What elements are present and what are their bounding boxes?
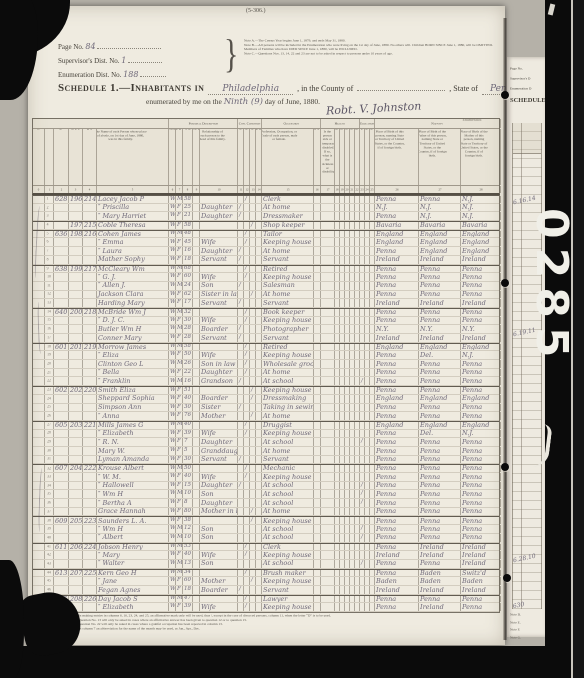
dwelling-number: 198 bbox=[69, 231, 83, 238]
house-number bbox=[54, 508, 69, 516]
relationship-cell: Mother in law bbox=[200, 508, 238, 516]
street-cell bbox=[33, 196, 45, 203]
column-number: 2 bbox=[54, 186, 69, 193]
birthplace-father: Penna bbox=[419, 196, 461, 203]
birthplace-mother: Penna bbox=[461, 490, 501, 498]
name-cell: ″ Wm H bbox=[97, 490, 169, 498]
sickness-cell bbox=[321, 473, 335, 481]
birthplace-mother: Ireland bbox=[461, 299, 501, 307]
occupation-cell: Keeping house bbox=[262, 317, 314, 325]
column-header bbox=[45, 129, 54, 185]
name-cell: Krouse Albert bbox=[97, 465, 169, 472]
color-cell: W bbox=[169, 560, 176, 568]
name-cell: Lyman Amanda bbox=[97, 456, 169, 464]
sickness-cell bbox=[321, 412, 335, 420]
family-number bbox=[83, 438, 97, 446]
age-cell: 39 bbox=[183, 430, 193, 438]
sex-cell: F bbox=[176, 473, 183, 481]
relationship-cell: Mother bbox=[200, 577, 238, 585]
name-cell: Mary W. bbox=[97, 447, 169, 455]
table-body: 1628196214Lacey Jacob PWM58/ClerkPennaPe… bbox=[32, 195, 500, 613]
table-row: 45″ JaneWF60Mother/Keeping houseBadenBad… bbox=[33, 577, 499, 586]
column-caption: Families numbered in order of visitation… bbox=[86, 129, 92, 130]
birthplace-father: Penna bbox=[419, 447, 461, 455]
age-cell: 60 bbox=[183, 273, 193, 281]
sex-cell: M bbox=[176, 309, 183, 316]
table-row: 11″ Allen J.WM24Son/SalesmanPennaPennaPe… bbox=[33, 282, 499, 291]
house-number: 613 bbox=[54, 570, 69, 577]
birthplace-mother: Ireland bbox=[461, 256, 501, 264]
house-number bbox=[54, 238, 69, 246]
birthplace-father: Penna bbox=[419, 369, 461, 377]
sex-cell: F bbox=[176, 247, 183, 255]
occupation-cell: At home bbox=[262, 291, 314, 299]
birthplace-father: Del. bbox=[419, 351, 461, 359]
page-no-value: 84 bbox=[85, 42, 95, 51]
column-caption: Is the person sick or temporarily disabl… bbox=[322, 129, 332, 174]
column-number: 4 bbox=[83, 186, 97, 193]
birth-month-cell bbox=[193, 508, 200, 516]
age-cell: 53 bbox=[183, 544, 193, 551]
column-number: 28 bbox=[461, 186, 501, 193]
birth-month-cell bbox=[193, 570, 200, 577]
table-row: 36″ Bertha AWF8DaughterAt school/PennaPe… bbox=[33, 499, 499, 508]
column-group-personal-description: Personal Description bbox=[169, 119, 238, 128]
birthplace-mother: Penna bbox=[461, 369, 501, 377]
occupation-cell: Keeping house bbox=[262, 517, 314, 524]
color-cell: W bbox=[169, 351, 176, 359]
family-number: 225 bbox=[83, 570, 97, 577]
birthplace-mother: Penna bbox=[461, 317, 501, 325]
unemployed-cell bbox=[314, 482, 321, 490]
house-number bbox=[54, 351, 69, 359]
sickness-cell bbox=[321, 344, 335, 351]
street-cell bbox=[33, 404, 45, 412]
column-group-label: Health bbox=[335, 122, 345, 125]
relationship-cell bbox=[200, 231, 238, 238]
name-cell: Morrow James bbox=[97, 344, 169, 351]
occupation-cell: Dressmaker bbox=[262, 212, 314, 220]
supervisor-label: Supervisor's Dist. No. bbox=[58, 57, 120, 65]
unemployed-cell bbox=[314, 273, 321, 281]
color-cell: W bbox=[169, 196, 176, 203]
house-number: 638 bbox=[54, 266, 69, 273]
column-number: 27 bbox=[419, 186, 461, 193]
color-cell: W bbox=[169, 231, 176, 238]
line-number: 5 bbox=[45, 231, 54, 238]
unemployed-cell bbox=[314, 465, 321, 472]
sickness-cell bbox=[321, 212, 335, 220]
birth-month-cell bbox=[193, 603, 200, 611]
birthplace-person: Penna bbox=[375, 490, 419, 498]
column-header: Sex—Males, M; Females, F. bbox=[176, 129, 183, 185]
birthplace-person: Penna bbox=[375, 560, 419, 568]
birthplace-person: Penna bbox=[375, 212, 419, 220]
census-page: (5-306.) D. Page No. 84 Supervisor's Dis… bbox=[28, 6, 505, 645]
sickness-cell bbox=[321, 196, 335, 203]
age-cell: 22 bbox=[183, 369, 193, 377]
family-number bbox=[83, 482, 97, 490]
rp-schedule-label: SCHEDULE bbox=[510, 97, 546, 104]
sex-cell: F bbox=[176, 499, 183, 507]
sickness-cell bbox=[321, 334, 335, 342]
line-number: 33 bbox=[45, 473, 54, 481]
dwelling-number bbox=[69, 525, 83, 533]
relationship-cell bbox=[200, 344, 238, 351]
age-cell: 30 bbox=[183, 456, 193, 464]
birthplace-mother: N.J. bbox=[461, 430, 501, 438]
birthplace-mother: Penna bbox=[461, 499, 501, 507]
street-cell bbox=[33, 447, 45, 455]
table-row: 41611206224Jobson HenryWM53/ClerkPennaIr… bbox=[33, 543, 499, 552]
birthplace-father: England bbox=[419, 231, 461, 238]
sex-cell: F bbox=[176, 517, 183, 524]
relationship-cell bbox=[200, 465, 238, 472]
age-cell: 17 bbox=[183, 299, 193, 307]
birth-month-cell bbox=[193, 422, 200, 429]
family-number bbox=[83, 238, 97, 246]
house-number bbox=[54, 447, 69, 455]
birthplace-father: N.J. bbox=[419, 212, 461, 220]
line-number: 7 bbox=[45, 247, 54, 255]
table-row: 5636198216Cohen JamesWM48/TailorEnglandE… bbox=[33, 230, 499, 239]
birthplace-person: Penna bbox=[375, 369, 419, 377]
birthplace-person: Ireland bbox=[375, 256, 419, 264]
occupation-cell: Salesman bbox=[262, 282, 314, 290]
birth-month-cell bbox=[193, 325, 200, 333]
relationship-cell: Wife bbox=[200, 551, 238, 559]
birthplace-father: Penna bbox=[419, 438, 461, 446]
birth-month-cell bbox=[193, 212, 200, 220]
age-cell: 16 bbox=[183, 377, 193, 385]
birthplace-mother: Bavaria bbox=[461, 222, 501, 229]
column-group-education: Education bbox=[360, 119, 375, 128]
unemployed-cell bbox=[314, 325, 321, 333]
color-cell: W bbox=[169, 430, 176, 438]
house-number: 602 bbox=[54, 387, 69, 394]
table-row: 7″ LauraWF16Daughter/At homePennaEngland… bbox=[33, 247, 499, 256]
column-group-occupation: Occupation bbox=[262, 119, 321, 128]
birth-month-cell bbox=[193, 586, 200, 594]
house-number bbox=[54, 412, 69, 420]
table-row: 12Jackson ClaraWF62Sister in law/At home… bbox=[33, 291, 499, 300]
sex-cell: F bbox=[176, 586, 183, 594]
house-number bbox=[54, 369, 69, 377]
street-cell bbox=[33, 422, 45, 429]
birth-month-cell bbox=[193, 238, 200, 246]
sex-cell: F bbox=[176, 204, 183, 212]
column-caption: Place of Birth of the Father of this per… bbox=[419, 129, 447, 158]
unemployed-cell bbox=[314, 299, 321, 307]
sex-cell: F bbox=[176, 508, 183, 516]
relationship-cell: Daughter bbox=[200, 212, 238, 220]
age-cell: 28 bbox=[183, 334, 193, 342]
column-number: 3 bbox=[69, 186, 83, 193]
birthplace-person: Penna bbox=[375, 534, 419, 542]
dwelling-number bbox=[69, 551, 83, 559]
color-cell: W bbox=[169, 517, 176, 524]
line-number: 23 bbox=[45, 387, 54, 394]
sex-cell: F bbox=[176, 577, 183, 585]
birthplace-father: Del. bbox=[419, 430, 461, 438]
age-cell: 32 bbox=[183, 309, 193, 316]
family-number: 219 bbox=[83, 344, 97, 351]
house-number bbox=[54, 577, 69, 585]
family-number bbox=[83, 395, 97, 403]
street-cell bbox=[33, 534, 45, 542]
street-cell bbox=[33, 570, 45, 577]
name-cell: Day Jacob S bbox=[97, 596, 169, 603]
occupation-cell: Wholesale grocer bbox=[262, 360, 314, 368]
dwelling-number bbox=[69, 412, 83, 420]
birthplace-person: N.Y. bbox=[375, 325, 419, 333]
sickness-cell bbox=[321, 369, 335, 377]
sickness-cell bbox=[321, 534, 335, 542]
birthplace-person: Ireland bbox=[375, 299, 419, 307]
sex-cell: M bbox=[176, 266, 183, 273]
unemployed-cell bbox=[314, 204, 321, 212]
street-cell bbox=[33, 430, 45, 438]
birthplace-mother: Penna bbox=[461, 603, 501, 611]
table-row: 10″ G. J.WF60Wife/Keeping housePennaPenn… bbox=[33, 273, 499, 282]
birthplace-person: Penna bbox=[375, 309, 419, 316]
dwelling-number bbox=[69, 473, 83, 481]
age-cell: 45 bbox=[183, 238, 193, 246]
birthplace-mother: Ireland bbox=[461, 586, 501, 594]
house-number bbox=[54, 551, 69, 559]
birthplace-mother: N.J. bbox=[461, 351, 501, 359]
occupation-cell: Servant bbox=[262, 299, 314, 307]
birthplace-mother: Ireland bbox=[461, 551, 501, 559]
age-cell: 39 bbox=[183, 603, 193, 611]
name-cell: ″ Wm H bbox=[97, 525, 169, 533]
header-spacer bbox=[33, 119, 169, 128]
unemployed-cell bbox=[314, 334, 321, 342]
table-row: 18601201219Morrow JamesWM58/RetiredEngla… bbox=[33, 343, 499, 352]
birth-month-cell bbox=[193, 596, 200, 603]
column-group-label: Personal Description bbox=[188, 122, 217, 125]
house-number bbox=[54, 291, 69, 299]
column-caption: Idiotic. bbox=[345, 129, 348, 130]
age-cell: 40 bbox=[183, 551, 193, 559]
color-cell: W bbox=[169, 247, 176, 255]
family-number bbox=[83, 204, 97, 212]
house-number bbox=[54, 377, 69, 385]
birthplace-father: N.J. bbox=[419, 204, 461, 212]
sickness-cell bbox=[321, 238, 335, 246]
birthplace-father: Penna bbox=[419, 317, 461, 325]
relationship-cell bbox=[200, 570, 238, 577]
birthplace-person: England bbox=[375, 422, 419, 429]
dwelling-number bbox=[69, 325, 83, 333]
age-cell: 24 bbox=[183, 282, 193, 290]
family-number bbox=[83, 508, 97, 516]
color-cell: W bbox=[169, 551, 176, 559]
sex-cell: M bbox=[176, 344, 183, 351]
line-number: 21 bbox=[45, 369, 54, 377]
sickness-cell bbox=[321, 560, 335, 568]
relationship-cell: Grandson bbox=[200, 377, 238, 385]
birthplace-mother: England bbox=[461, 238, 501, 246]
color-cell: W bbox=[169, 412, 176, 420]
unemployed-cell bbox=[314, 551, 321, 559]
birthplace-father: Penna bbox=[419, 412, 461, 420]
name-cell: Clinton Geo L bbox=[97, 360, 169, 368]
sickness-cell bbox=[321, 222, 335, 229]
house-number bbox=[54, 299, 69, 307]
unemployed-cell bbox=[314, 404, 321, 412]
birthplace-mother: N.J. bbox=[461, 196, 501, 203]
birthplace-mother: Penna bbox=[461, 447, 501, 455]
sickness-cell bbox=[321, 603, 335, 611]
occupation-cell: Druggist bbox=[262, 422, 314, 429]
rp-note-line: Note D. bbox=[510, 613, 530, 617]
birthplace-father: Baden bbox=[419, 570, 461, 577]
color-cell: W bbox=[169, 204, 176, 212]
rp-supervisor-label: Supervisor's D bbox=[510, 77, 530, 81]
column-header: Place of Birth of the Mother of this per… bbox=[461, 129, 501, 185]
birthplace-person: Penna bbox=[375, 447, 419, 455]
family-number bbox=[83, 603, 97, 611]
sickness-cell bbox=[321, 317, 335, 325]
birthplace-mother: Penna bbox=[461, 517, 501, 524]
sex-cell: F bbox=[176, 551, 183, 559]
birth-month-cell bbox=[193, 404, 200, 412]
street-cell bbox=[33, 577, 45, 585]
unemployed-cell bbox=[314, 499, 321, 507]
column-group-label: Civil Condition bbox=[239, 122, 260, 125]
family-number bbox=[83, 490, 97, 498]
table-row: 33″ W. M.WF40Wife/Keeping housePennaPenn… bbox=[33, 473, 499, 482]
table-row: 19″ ElizaWF50Wife/Keeping housePennaDel.… bbox=[33, 351, 499, 360]
birthplace-father: Penna bbox=[419, 490, 461, 498]
birthplace-mother: Penna bbox=[461, 438, 501, 446]
occupation-cell: Keeping house bbox=[262, 430, 314, 438]
name-cell: Conner Mary bbox=[97, 334, 169, 342]
relationship-cell bbox=[200, 596, 238, 603]
color-cell: W bbox=[169, 404, 176, 412]
column-caption: Name of Street. bbox=[37, 129, 40, 130]
birth-month-cell bbox=[193, 291, 200, 299]
birthplace-person: Penna bbox=[375, 404, 419, 412]
birthplace-father: Penna bbox=[419, 266, 461, 273]
birthplace-father: N.Y. bbox=[419, 325, 461, 333]
column-header: Is the person sick or temporarily disabl… bbox=[321, 129, 335, 185]
color-cell: W bbox=[169, 577, 176, 585]
unemployed-cell bbox=[314, 525, 321, 533]
birthplace-mother: N.J. bbox=[461, 204, 501, 212]
name-cell: Kern Geo H bbox=[97, 570, 169, 577]
street-cell bbox=[33, 387, 45, 394]
birthplace-father: Ireland bbox=[419, 603, 461, 611]
unemployed-cell bbox=[314, 351, 321, 359]
rp-enumeration-label: Enumeration D bbox=[510, 87, 531, 91]
age-cell: 18 bbox=[183, 256, 193, 264]
birthplace-father: Penna bbox=[419, 404, 461, 412]
scan-black-band bbox=[0, 646, 584, 678]
unemployed-cell bbox=[314, 577, 321, 585]
street-cell bbox=[33, 377, 45, 385]
birth-month-cell bbox=[193, 309, 200, 316]
age-cell: 8 bbox=[183, 499, 193, 507]
table-row: 37Grace HannahWF80Mother in law/At homeP… bbox=[33, 508, 499, 517]
column-header: Age at last birthday prior to June 1, 18… bbox=[183, 129, 193, 185]
name-cell: ″ Walter bbox=[97, 560, 169, 568]
name-cell: ″ Eliza bbox=[97, 351, 169, 359]
column-group-label: Occupation bbox=[283, 122, 298, 125]
birthplace-father: England bbox=[419, 247, 461, 255]
age-cell: 50 bbox=[183, 351, 193, 359]
unemployed-cell bbox=[314, 196, 321, 203]
column-group-label: Nativity bbox=[432, 122, 444, 125]
age-cell: 21 bbox=[183, 212, 193, 220]
table-row: 26″ AnnaWF76Mother/At homePennaPennaPenn… bbox=[33, 412, 499, 421]
unemployed-cell bbox=[314, 596, 321, 603]
census-scan: (5-306.) D. Page No. 84 Supervisor's Dis… bbox=[0, 0, 584, 678]
birth-month-cell bbox=[193, 204, 200, 212]
street-cell bbox=[33, 412, 45, 420]
sex-cell: M bbox=[176, 490, 183, 498]
birthplace-person: Penna bbox=[375, 508, 419, 516]
color-cell: W bbox=[169, 369, 176, 377]
birthplace-person: Penna bbox=[375, 377, 419, 385]
dwelling-number bbox=[69, 499, 83, 507]
birthplace-father: Penna bbox=[419, 508, 461, 516]
column-caption: Number of months this person has been un… bbox=[314, 129, 321, 130]
column-caption: Insane. bbox=[350, 129, 353, 130]
sex-cell: M bbox=[176, 596, 183, 603]
name-cell: Simpson Ann bbox=[97, 404, 169, 412]
column-header: Place of Birth of this person, naming St… bbox=[375, 129, 419, 185]
birthplace-person: Penna bbox=[375, 196, 419, 203]
table-row: 14640200218McBride Wm JWM32/Book keeperP… bbox=[33, 308, 499, 317]
age-cell: 51 bbox=[183, 387, 193, 394]
color-cell: W bbox=[169, 282, 176, 290]
family-number: 222 bbox=[83, 465, 97, 472]
relationship-cell: Son bbox=[200, 560, 238, 568]
table-row: 35″ Wm HWM10SonAt school/PennaPennaPenna bbox=[33, 490, 499, 499]
dwelling-number bbox=[69, 560, 83, 568]
color-cell: W bbox=[169, 465, 176, 472]
age-cell: 38 bbox=[183, 517, 193, 524]
birthplace-person: Penna bbox=[375, 456, 419, 464]
birthplace-person: Penna bbox=[375, 570, 419, 577]
name-cell: Saunders L. A. bbox=[97, 517, 169, 524]
birthplace-person: Penna bbox=[375, 482, 419, 490]
birth-month-cell bbox=[193, 456, 200, 464]
street-cell bbox=[33, 369, 45, 377]
line-number: 18 bbox=[45, 344, 54, 351]
dwelling-number bbox=[69, 351, 83, 359]
table-row: 2″ PriscillaWF25Daughter/At homeN.J.N.J.… bbox=[33, 204, 499, 213]
birthplace-father: Baden bbox=[419, 577, 461, 585]
unemployed-cell bbox=[314, 317, 321, 325]
age-cell: 26 bbox=[183, 360, 193, 368]
color-cell: W bbox=[169, 603, 176, 611]
occupation-cell: At school bbox=[262, 525, 314, 533]
birth-month-cell bbox=[193, 196, 200, 203]
dwelling-number: 196 bbox=[69, 196, 83, 203]
sex-cell: F bbox=[176, 256, 183, 264]
dwelling-number bbox=[69, 456, 83, 464]
table-row: 31Lyman AmandaWF30Servant/ServantPennaPe… bbox=[33, 456, 499, 465]
birthplace-mother: England bbox=[461, 395, 501, 403]
column-number: 10 bbox=[200, 186, 238, 193]
page-no-line: Page No. 84 bbox=[58, 40, 166, 54]
family-number bbox=[83, 456, 97, 464]
column-header: The Name of each Person whose place of a… bbox=[97, 129, 169, 185]
house-number bbox=[54, 212, 69, 220]
